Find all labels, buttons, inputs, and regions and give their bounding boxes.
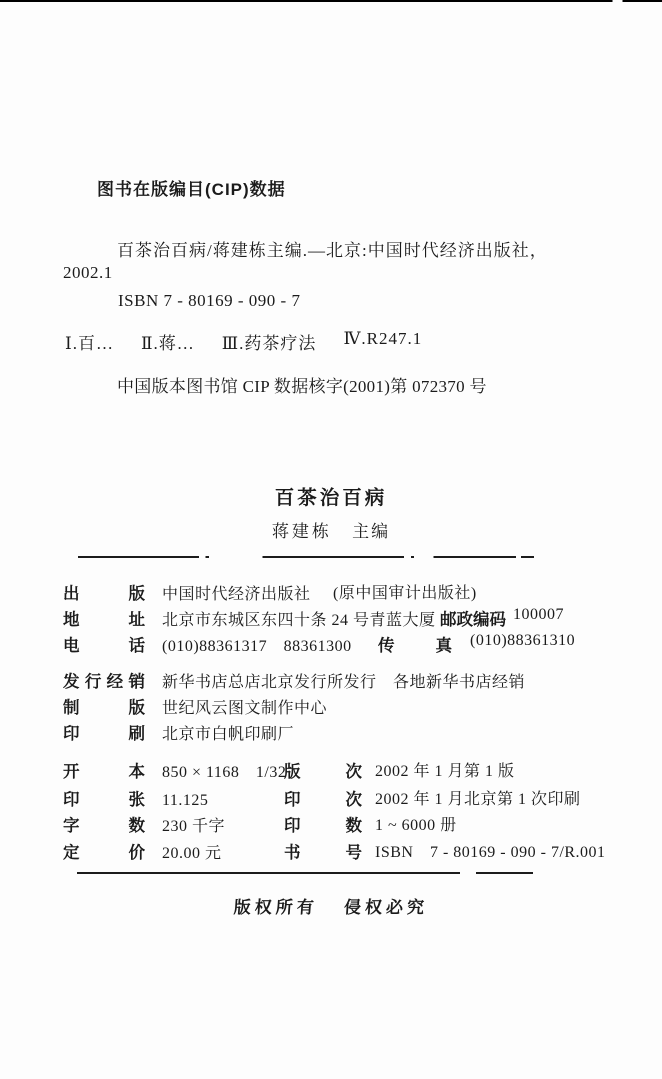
book-copyright-page: 图书在版编目(CIP)数据 百茶治百病/蒋建栋主编.—北京:中国时代经济出版社，… <box>0 0 662 1079</box>
address-value: 北京市东城区东四十条 24 号青蓝大厦 <box>162 612 436 629</box>
impression-value: 2002 年 1 月北京第 1 次印刷 <box>375 786 581 809</box>
edition-value: 2002 年 1 月第 1 版 <box>375 758 515 781</box>
book-title: 百茶治百病 <box>0 482 662 510</box>
printing-label: 印刷 <box>63 720 145 744</box>
colophon-row-word-count: 字数 230 千字 印数 1 ~ 6000 册 <box>63 812 662 834</box>
colophon-row-distribution: 发行经销 新华书店总店北京发行所发行 各地新华书店经销 <box>63 668 662 690</box>
price-label: 定价 <box>63 839 145 863</box>
editor-line: 蒋建栋 主编 <box>0 517 662 542</box>
distribution-label: 发行经销 <box>63 668 145 692</box>
cip-isbn-line: ISBN 7 - 80169 - 090 - 7 <box>118 291 300 311</box>
copyright-notice: 版权所有 侵权必究 <box>0 893 662 918</box>
cip-class-entry-2: Ⅱ.蒋… <box>141 329 195 354</box>
cip-class-entry-1: Ⅰ.百… <box>65 329 114 354</box>
publisher-former-name: (原中国审计出版社) <box>333 580 477 603</box>
colophon-row-price: 定价 20.00 元 书号 ISBN 7 - 80169 - 090 - 7/R… <box>63 839 662 861</box>
price-value: 20.00 元 <box>162 845 222 862</box>
postcode-value: 100007 <box>513 606 564 624</box>
book-number-value: ISBN 7 - 80169 - 090 - 7/R.001 <box>375 839 606 862</box>
publisher-label: 出版 <box>63 580 145 604</box>
cip-entry-line1: 百茶治百病/蒋建栋主编.—北京:中国时代经济出版社， <box>117 236 548 261</box>
colophon-row-plate: 制版 世纪风云图文制作中心 <box>63 694 662 716</box>
format-value: 850 × 1168 1/32 <box>162 764 286 781</box>
colophon-row-phone: 电话 (010)88361317 88361300 传真 (010)883613… <box>63 632 662 654</box>
plate-value: 世纪风云图文制作中心 <box>162 700 327 717</box>
colophon-row-format: 开本 850 × 1168 1/32 版次 2002 年 1 月第 1 版 <box>63 758 662 780</box>
publisher-value: 中国时代经济出版社 <box>162 586 311 603</box>
divider-line-bottom <box>77 872 533 874</box>
cip-class-entry-4: Ⅳ.R247.1 <box>343 329 422 354</box>
cip-entry-line2: 2002.1 <box>63 263 113 283</box>
divider-line-top <box>78 556 534 558</box>
sheets-value: 11.125 <box>162 792 208 809</box>
colophon-row-publisher: 出版 中国时代经济出版社 (原中国审计出版社) <box>63 580 662 602</box>
cip-heading: 图书在版编目(CIP)数据 <box>97 175 286 200</box>
cip-record-line: 中国版本图书馆 CIP 数据核字(2001)第 072370 号 <box>117 372 487 397</box>
print-run-value: 1 ~ 6000 册 <box>375 812 457 835</box>
fax-value: (010)88361310 <box>470 632 575 650</box>
scan-edge-artifact <box>0 0 662 2</box>
printing-value: 北京市白帆印刷厂 <box>162 726 294 743</box>
format-label: 开本 <box>63 758 145 782</box>
book-number-label: 书号 <box>284 839 362 863</box>
plate-label: 制版 <box>63 694 145 718</box>
fax-label: 传真 <box>378 632 452 656</box>
phone-value: (010)88361317 88361300 <box>162 638 352 655</box>
cip-class-entry-3: Ⅲ.药茶疗法 <box>222 329 317 354</box>
colophon-row-printing: 印刷 北京市白帆印刷厂 <box>63 720 662 742</box>
cip-classification-line: Ⅰ.百… Ⅱ.蒋… Ⅲ.药茶疗法 Ⅳ.R247.1 <box>65 329 422 354</box>
impression-label: 印次 <box>284 786 362 810</box>
print-run-label: 印数 <box>284 812 362 836</box>
sheets-label: 印张 <box>63 786 145 810</box>
phone-label: 电话 <box>63 632 145 656</box>
editor-role: 主编 <box>352 522 390 541</box>
colophon-row-sheets: 印张 11.125 印次 2002 年 1 月北京第 1 次印刷 <box>63 786 662 808</box>
colophon-row-address: 地址 北京市东城区东四十条 24 号青蓝大厦 邮政编码 100007 <box>63 606 662 628</box>
edition-label: 版次 <box>284 758 362 782</box>
postcode-label: 邮政编码 <box>440 606 506 630</box>
word-count-label: 字数 <box>63 812 145 836</box>
distribution-value: 新华书店总店北京发行所发行 各地新华书店经销 <box>162 674 525 691</box>
copyright-notice-part1: 版权所有 <box>233 898 318 917</box>
word-count-value: 230 千字 <box>162 818 225 835</box>
editor-name: 蒋建栋 <box>272 522 332 541</box>
address-label: 地址 <box>63 606 145 630</box>
copyright-notice-part2: 侵权必究 <box>343 898 428 917</box>
